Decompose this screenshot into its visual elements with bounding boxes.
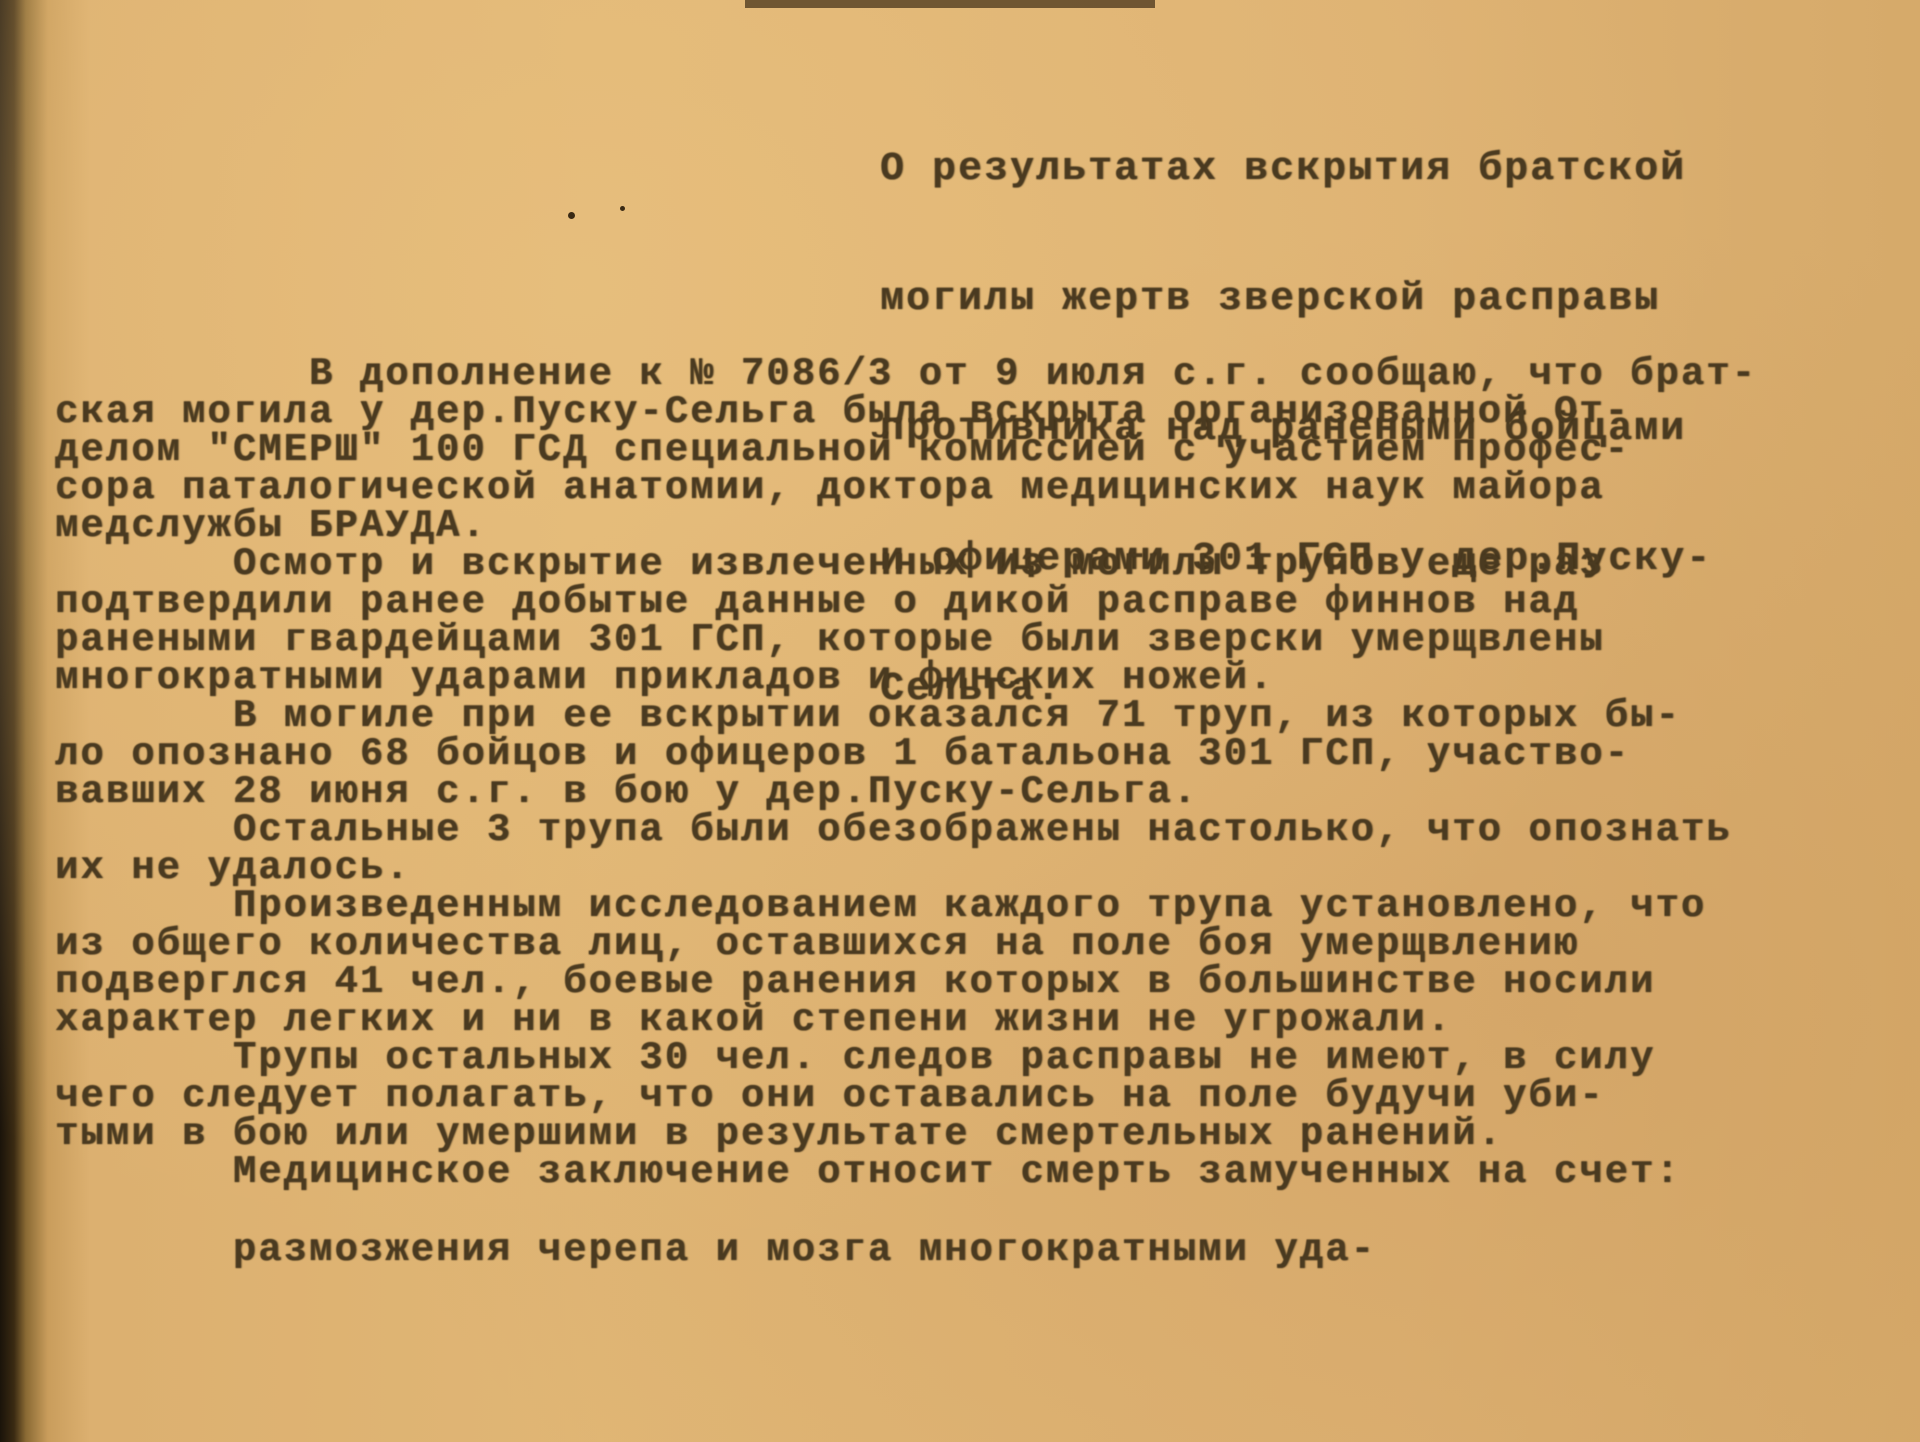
- body-line-gap: [55, 1191, 1905, 1231]
- body-line: В дополнение к № 7086/3 от 9 июля с.г. с…: [55, 355, 1905, 393]
- body-line: делом "СМЕРШ" 100 ГСД специальной комисс…: [55, 431, 1905, 469]
- ink-speck: [568, 212, 575, 219]
- body-line: ло опознано 68 бойцов и офицеров 1 батал…: [55, 735, 1905, 773]
- subject-line: О результатах вскрытия братской: [880, 147, 1830, 185]
- body-line: Медицинское заключение относит смерть за…: [55, 1153, 1905, 1191]
- body-line: Трупы остальных 30 чел. следов расправы …: [55, 1039, 1905, 1077]
- body-line: Произведенным исследованием каждого труп…: [55, 887, 1905, 925]
- body-line: тыми в бою или умершими в результате сме…: [55, 1115, 1905, 1153]
- ink-speck: [620, 206, 625, 211]
- body-line: размозжения черепа и мозга многократными…: [55, 1231, 1905, 1269]
- subject-line: могилы жертв зверской расправы: [880, 277, 1830, 315]
- body-line: характер легких и ни в какой степени жиз…: [55, 1001, 1905, 1039]
- body-line: многократными ударами прикладов и фински…: [55, 659, 1905, 697]
- body-line: сора паталогической анатомии, доктора ме…: [55, 469, 1905, 507]
- body-line: медслужбы БРАУДА.: [55, 507, 1905, 545]
- body-line: чего следует полагать, что они оставалис…: [55, 1077, 1905, 1115]
- body-line: вавших 28 июня с.г. в бою у дер.Пуску-Се…: [55, 773, 1905, 811]
- body-line: их не удалось.: [55, 849, 1905, 887]
- body-line: Остальные 3 трупа были обезображены наст…: [55, 811, 1905, 849]
- body-line: подверглся 41 чел., боевые ранения котор…: [55, 963, 1905, 1001]
- archival-document-page: О результатах вскрытия братской могилы ж…: [0, 0, 1920, 1442]
- body-line: подтвердили ранее добытые данные о дикой…: [55, 583, 1905, 621]
- body-line: В могиле при ее вскрытии оказался 71 тру…: [55, 697, 1905, 735]
- header-underline: [745, 0, 1155, 8]
- body-line: ранеными гвардейцами 301 ГСП, которые бы…: [55, 621, 1905, 659]
- body-line: Осмотр и вскрытие извлеченных из могилы …: [55, 545, 1905, 583]
- report-body: В дополнение к № 7086/3 от 9 июля с.г. с…: [55, 355, 1905, 1269]
- body-line: ская могила у дер.Пуску-Сельга была вскр…: [55, 393, 1905, 431]
- body-line: из общего количества лиц, оставшихся на …: [55, 925, 1905, 963]
